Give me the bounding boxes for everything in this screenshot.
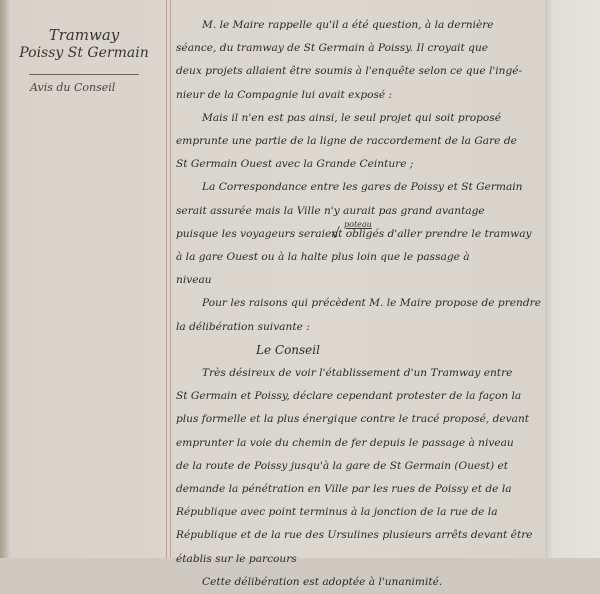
- insertion-caret-icon: √: [331, 226, 340, 242]
- text-line: emprunter la voie du chemin de fer depui…: [176, 432, 541, 455]
- margin-heading: Tramway Poissy St Germain Avis du Consei…: [14, 26, 154, 94]
- text-line: demande la pénétration en Ville par les …: [176, 478, 541, 501]
- text-line: emprunte une partie de la ligne de racco…: [176, 130, 541, 153]
- text-line: Mais il n'en est pas ainsi, le seul proj…: [176, 107, 541, 130]
- text-line: M. le Maire rappelle qu'il a été questio…: [176, 14, 541, 37]
- text-line: deux projets allaient être soumis à l'en…: [176, 60, 541, 83]
- margin-subtitle: Poissy St Germain: [14, 44, 154, 62]
- text-line: Très désireux de voir l'établissement d'…: [176, 362, 541, 385]
- binding-shadow: [0, 0, 10, 558]
- text-line: établis sur le parcours: [176, 548, 541, 558]
- text-line: séance, du tramway de St Germain à Poiss…: [176, 37, 541, 60]
- text-line: la délibération suivante :: [176, 316, 541, 339]
- margin-divider: [29, 74, 139, 75]
- text-line: Pour les raisons qui précèdent M. le Mai…: [176, 292, 541, 315]
- margin-title: Tramway: [14, 26, 154, 44]
- ledger-page: Tramway Poissy St Germain Avis du Consei…: [0, 0, 545, 558]
- interlinear-insertion: poteau: [344, 220, 372, 229]
- text-line: nieur de la Compagnie lui avait exposé :: [176, 84, 541, 107]
- text-line: plus formelle et la plus énergique contr…: [176, 408, 541, 431]
- margin-note: Avis du Conseil: [14, 81, 154, 94]
- page-edge: [545, 0, 600, 558]
- margin-rule: [170, 0, 171, 558]
- text-line: St Germain Ouest avec la Grande Ceinture…: [176, 153, 541, 176]
- text-line: à la gare Ouest ou à la halte plus loin …: [176, 246, 541, 269]
- text-line: niveau: [176, 269, 541, 292]
- text-line: République avec point terminus à la jonc…: [176, 501, 541, 524]
- text-line: République et de la rue des Ursulines pl…: [176, 524, 541, 547]
- section-heading: Le Conseil: [176, 339, 541, 362]
- text-line: La Correspondance entre les gares de Poi…: [176, 176, 541, 199]
- text-line: de la route de Poissy jusqu'à la gare de…: [176, 455, 541, 478]
- text-line: St Germain et Poissy, déclare cependant …: [176, 385, 541, 408]
- margin-rule: [166, 0, 167, 558]
- minutes-text: M. le Maire rappelle qu'il a été questio…: [176, 14, 541, 558]
